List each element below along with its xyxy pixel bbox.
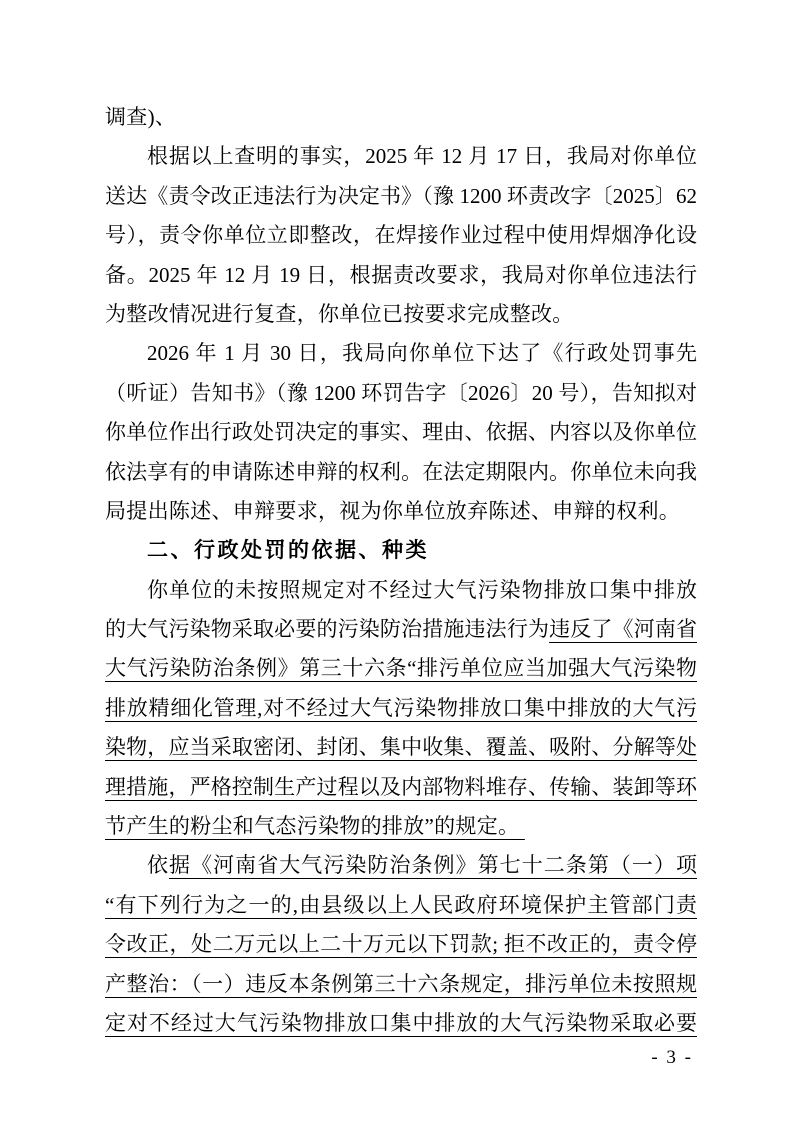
text-lines: 调查)、根据以上查明的事实，2025 年 12 月 17 日，我局对你单位送达《… <box>105 98 697 1043</box>
underlined-text: 理措施，严格控制生产过程以及内部物料堆存、传输、装卸等环 <box>105 775 697 799</box>
text-segment: 备。2025 年 12 月 19 日，根据责改要求，我局对你单位违法行 <box>105 263 697 287</box>
text-segment: 的大气污染物采取必要的污染防治措施违法行为 <box>105 617 549 641</box>
text-segment: 二、行政处罚的依据、种类 <box>147 539 429 562</box>
text-segment: 送达《责令改正违法行为决定书》（豫 1200 环责改字〔2025〕62 <box>105 184 697 208</box>
text-line: 号），责令你单位立即整改，在焊接作业过程中使用焊烟净化设 <box>105 216 697 255</box>
text-line: 你单位作出行政处罚决定的事实、理由、依据、内容以及你单位 <box>105 413 697 452</box>
underlined-text: 据《河南省大气污染防治条例》第七十二条第（一）项 <box>169 853 697 877</box>
section-heading: 二、行政处罚的依据、种类 <box>105 531 697 570</box>
underlined-text: “有下列行为之一的,由县级以上人民政府环境保护主管部门责 <box>105 893 697 917</box>
text-segment: 依法享有的申请陈述申辩的权利。在法定期限内。你单位未向我 <box>105 460 697 484</box>
text-segment: （听证）告知书》（豫 1200 环罚告字〔2026〕20 号），告知拟对 <box>105 381 697 405</box>
text-line: “有下列行为之一的,由县级以上人民政府环境保护主管部门责 <box>105 886 697 925</box>
text-segment: 为整改情况进行复查，你单位已按要求完成整改。 <box>105 302 574 326</box>
text-line: 产整治：（一）违反本条例第三十六条规定，排污单位未按照规 <box>105 965 697 1004</box>
text-line: 定对不经过大气污染物排放口集中排放的大气污染物采取必要 <box>105 1004 697 1043</box>
text-segment: 2026 年 1 月 30 日，我局向你单位下达了《行政处罚事先 <box>147 341 697 365</box>
text-line: 理措施，严格控制生产过程以及内部物料堆存、传输、装卸等环 <box>105 768 697 807</box>
text-line: 为整改情况进行复查，你单位已按要求完成整改。 <box>105 295 697 334</box>
text-line: （听证）告知书》（豫 1200 环罚告字〔2026〕20 号），告知拟对 <box>105 374 697 413</box>
text-segment: 局提出陈述、申辩要求，视为你单位放弃陈述、申辩的权利。 <box>105 499 680 523</box>
underlined-text: 违反了《河南省 <box>549 617 697 641</box>
text-segment: 根据以上查明的事实，2025 年 12 月 17 日，我局对你单位 <box>147 144 697 168</box>
text-line: 大气污染防治条例》第三十六条“排污单位应当加强大气污染物 <box>105 649 697 688</box>
underlined-text: 大气污染防治条例》第三十六条“排污单位应当加强大气污染物 <box>105 656 697 680</box>
text-line: 局提出陈述、申辩要求，视为你单位放弃陈述、申辩的权利。 <box>105 492 697 531</box>
underlined-text: 染物，应当采取密闭、封闭、集中收集、覆盖、吸附、分解等处 <box>105 735 697 759</box>
document-body: 调查)、根据以上查明的事实，2025 年 12 月 17 日，我局对你单位送达《… <box>105 98 697 1070</box>
underlined-text: 令改正，处二万元以上二十万元以下罚款; 拒不改正的，责令停 <box>105 932 697 956</box>
text-line: 依法享有的申请陈述申辩的权利。在法定期限内。你单位未向我 <box>105 453 697 492</box>
document-page: 调查)、根据以上查明的事实，2025 年 12 月 17 日，我局对你单位送达《… <box>0 0 793 1122</box>
page-number: - 3 - <box>105 1046 697 1070</box>
underlined-text: 节产生的粉尘和气态污染物的排放”的规定。 <box>105 814 525 838</box>
text-line: 令改正，处二万元以上二十万元以下罚款; 拒不改正的，责令停 <box>105 925 697 964</box>
text-segment: 调查)、 <box>105 105 176 129</box>
text-line: 染物，应当采取密闭、封闭、集中收集、覆盖、吸附、分解等处 <box>105 728 697 767</box>
text-segment: 依 <box>147 853 169 877</box>
text-segment: 你单位作出行政处罚决定的事实、理由、依据、内容以及你单位 <box>105 420 697 444</box>
text-line: 你单位的未按照规定对不经过大气污染物排放口集中排放 <box>105 571 697 610</box>
text-line: 节产生的粉尘和气态污染物的排放”的规定。 <box>105 807 697 846</box>
text-line: 根据以上查明的事实，2025 年 12 月 17 日，我局对你单位 <box>105 137 697 176</box>
text-line: 送达《责令改正违法行为决定书》（豫 1200 环责改字〔2025〕62 <box>105 177 697 216</box>
text-line: 的大气污染物采取必要的污染防治措施违法行为违反了《河南省 <box>105 610 697 649</box>
text-line: 调查)、 <box>105 98 697 137</box>
underlined-text: 定对不经过大气污染物排放口集中排放的大气污染物采取必要 <box>105 1011 697 1035</box>
text-line: 2026 年 1 月 30 日，我局向你单位下达了《行政处罚事先 <box>105 334 697 373</box>
text-line: 排放精细化管理,对不经过大气污染物排放口集中排放的大气污 <box>105 689 697 728</box>
underlined-text: 排放精细化管理,对不经过大气污染物排放口集中排放的大气污 <box>105 696 697 720</box>
text-segment: 你单位的未按照规定对不经过大气污染物排放口集中排放 <box>147 578 697 602</box>
text-line: 依据《河南省大气污染防治条例》第七十二条第（一）项 <box>105 846 697 885</box>
text-segment: 号），责令你单位立即整改，在焊接作业过程中使用焊烟净化设 <box>105 223 697 247</box>
underlined-text: 产整治：（一）违反本条例第三十六条规定，排污单位未按照规 <box>105 972 697 996</box>
text-line: 备。2025 年 12 月 19 日，根据责改要求，我局对你单位违法行 <box>105 256 697 295</box>
